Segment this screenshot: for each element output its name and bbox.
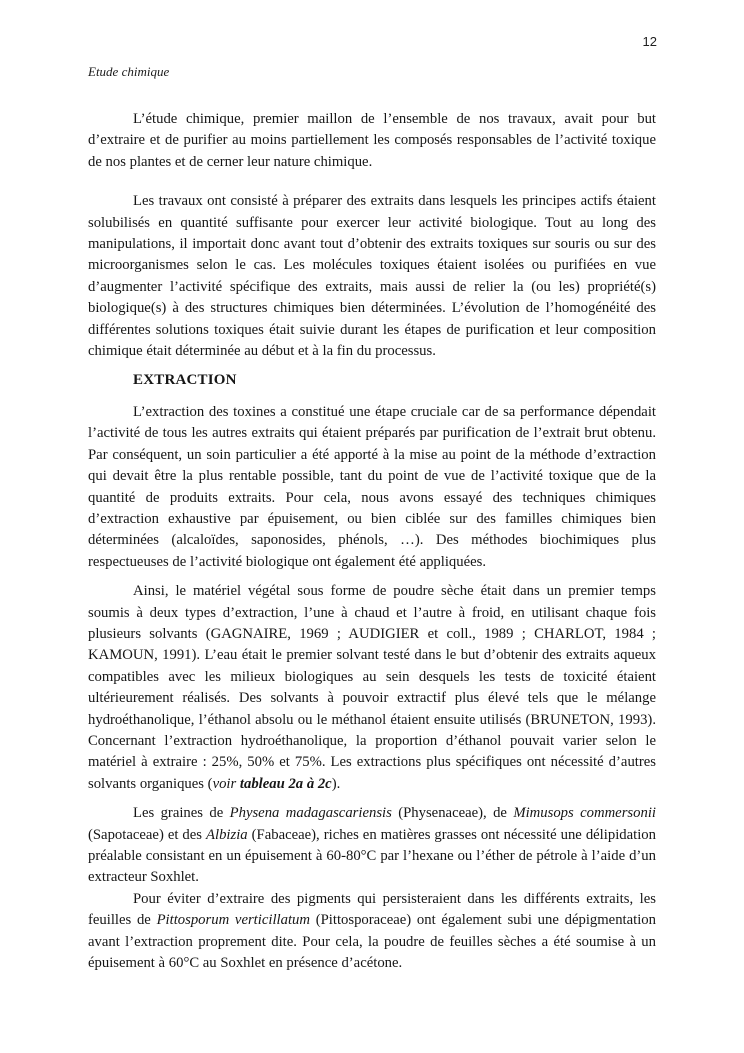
document-body: L’étude chimique, premier maillon de l’e… xyxy=(88,109,656,982)
paragraph-extraction-overview: L’extraction des toxines a constitué une… xyxy=(88,402,656,573)
text-run: (Physenaceae), de xyxy=(392,805,514,821)
text-run: Les graines de xyxy=(133,805,230,821)
species-name: Mimusops commersonii xyxy=(513,805,656,821)
species-name: Physena madagascariensis xyxy=(230,805,392,821)
species-name: Pittosporum verticillatum xyxy=(157,912,310,928)
text-run: Ainsi, le matériel végétal sous forme de… xyxy=(88,583,656,792)
paragraph-travaux: Les travaux ont consisté à préparer des … xyxy=(88,191,656,362)
page-number: 12 xyxy=(643,34,657,49)
species-name: Albizia xyxy=(206,827,248,843)
paragraph-intro: L’étude chimique, premier maillon de l’e… xyxy=(88,109,656,173)
text-run: Les travaux ont consisté à préparer des … xyxy=(88,193,656,359)
paragraph-solvants: Ainsi, le matériel végétal sous forme de… xyxy=(88,581,656,795)
table-reference: tableau 2a à 2c xyxy=(240,776,332,792)
paragraph-graines-delipidation: Les graines de Physena madagascariensis … xyxy=(88,803,656,889)
text-run: ). xyxy=(332,776,341,792)
document-page: 12 Etude chimique L’étude chimique, prem… xyxy=(0,0,744,1053)
running-header: Etude chimique xyxy=(88,64,169,80)
paragraph-depigmentation: Pour éviter d’extraire des pigments qui … xyxy=(88,889,656,975)
section-heading-extraction: EXTRACTION xyxy=(88,370,656,391)
text-run: L’extraction des toxines a constitué une… xyxy=(88,404,656,570)
text-run-italic: voir xyxy=(213,776,240,792)
text-run: L’étude chimique, premier maillon de l’e… xyxy=(88,111,656,170)
text-run: (Sapotaceae) et des xyxy=(88,827,206,843)
